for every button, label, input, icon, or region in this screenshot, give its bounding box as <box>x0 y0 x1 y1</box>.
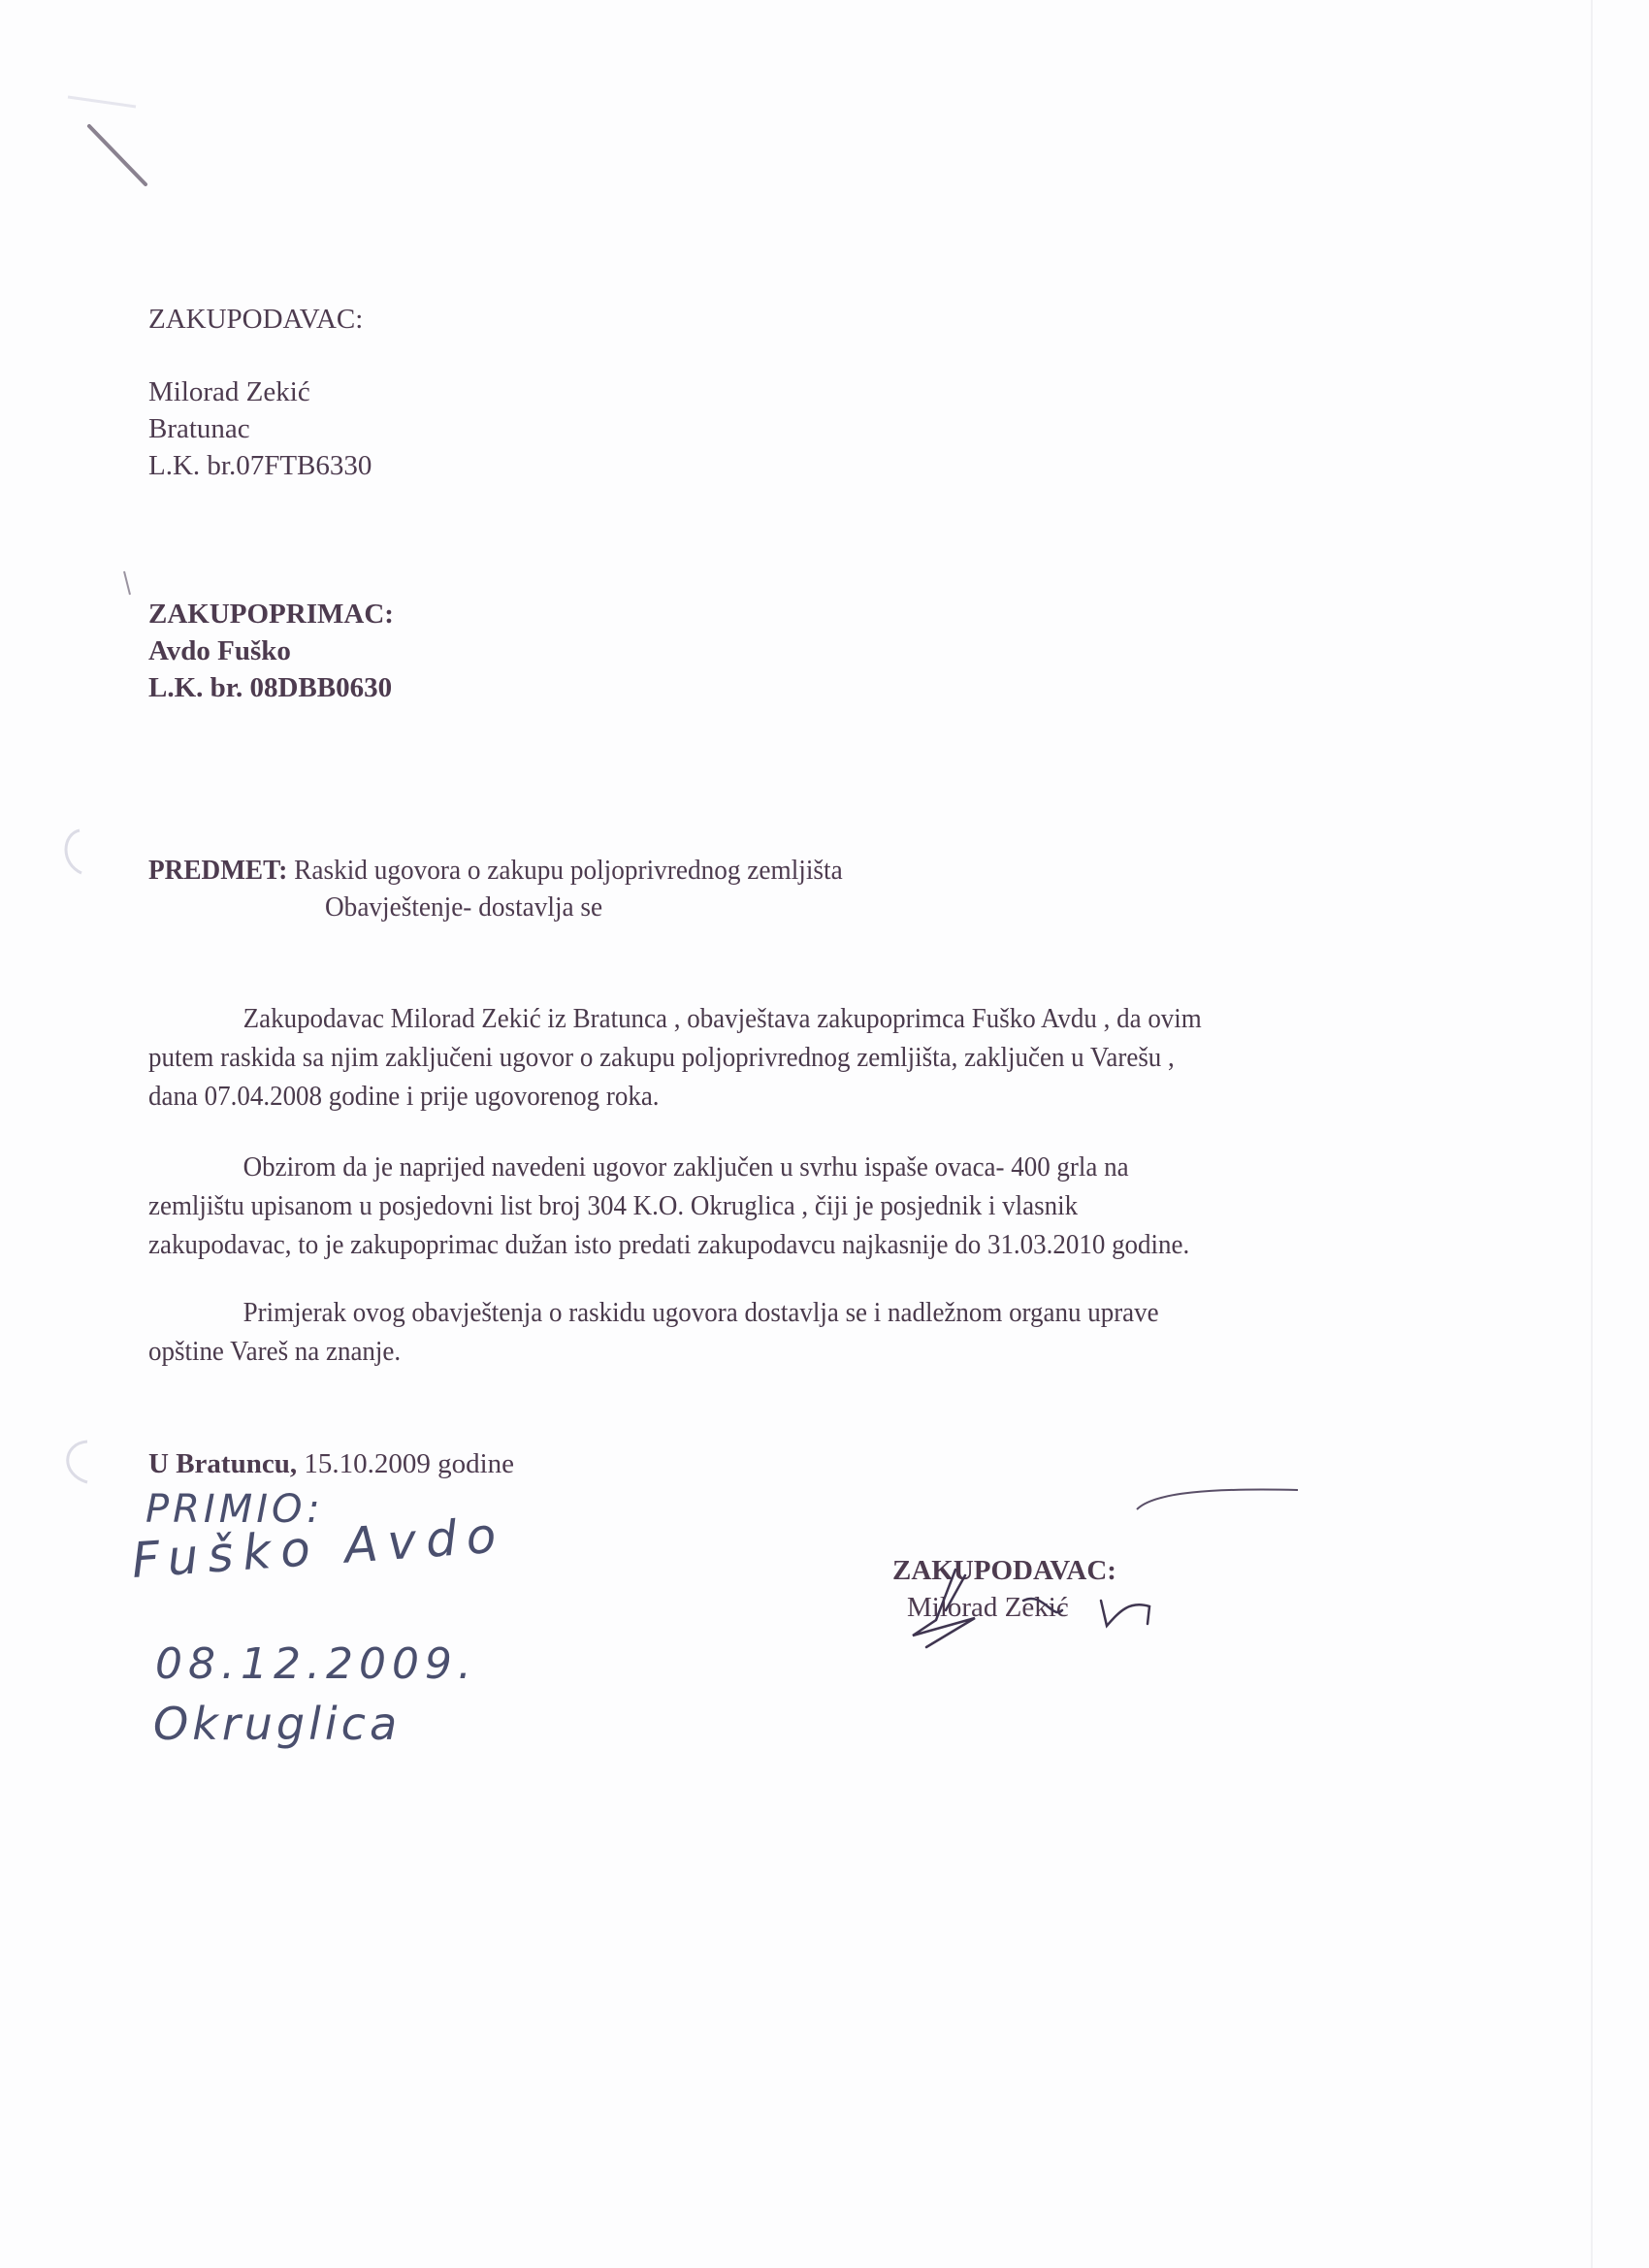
signature-stroke <box>1135 1484 1300 1513</box>
body-line: zakupodavac, to je zakupoprimac dužan is… <box>148 1225 1357 1264</box>
body-paragraph-3: Primjerak ovog obavještenja o raskidu ug… <box>148 1293 1357 1371</box>
place-date: U Bratuncu, 15.10.2009 godine <box>148 1445 514 1482</box>
scan-mark-top-left <box>78 107 194 204</box>
body-line: dana 07.04.2008 godine i prije ugovoreno… <box>148 1077 1357 1116</box>
punch-hole-mark <box>48 1436 107 1494</box>
punch-hole-mark <box>48 825 107 883</box>
subject-title: Raskid ugovora o zakupu poljoprivrednog … <box>294 855 843 886</box>
subject-label: PREDMET: <box>148 855 287 886</box>
body-paragraph-1: Zakupodavac Milorad Zekić iz Bratunca , … <box>148 999 1357 1116</box>
lessor-name: Milorad Zekić <box>148 373 310 410</box>
body-line: Zakupodavac Milorad Zekić iz Bratunca , … <box>243 1003 1202 1034</box>
handwritten-receipt-date: 08.12.2009. <box>155 1639 477 1689</box>
subject-subtitle: Obavještenje- dostavlja se <box>325 889 602 925</box>
lessee-name: Avdo Fuško <box>148 632 291 669</box>
body-line: Obzirom da je naprijed navedeni ugovor z… <box>243 1151 1129 1183</box>
body-line: opštine Vareš na znanje. <box>148 1332 1357 1371</box>
scan-edge-line <box>1591 0 1593 2268</box>
handwritten-signature <box>907 1562 1159 1649</box>
subject-line: PREDMET: Raskid ugovora o zakupu poljopr… <box>148 852 843 889</box>
lessor-heading: ZAKUPODAVAC: <box>148 301 363 338</box>
scanned-letter-page: ZAKUPODAVAC: Milorad Zekić Bratunac L.K.… <box>0 0 1649 2268</box>
lessee-id-card: L.K. br. 08DBB0630 <box>148 669 392 706</box>
body-line: zemljištu upisanom u posjedovni list bro… <box>148 1186 1357 1225</box>
lessor-city: Bratunac <box>148 410 250 447</box>
lessor-id-card: L.K. br.07FTB6330 <box>148 447 372 484</box>
place: U Bratuncu, <box>148 1448 297 1479</box>
lessee-heading: ZAKUPOPRIMAC: <box>148 596 394 632</box>
body-paragraph-2: Obzirom da je naprijed navedeni ugovor z… <box>148 1148 1357 1264</box>
date: 15.10.2009 godine <box>304 1448 514 1479</box>
body-line: putem raskida sa njim zaključeni ugovor … <box>148 1038 1357 1077</box>
scan-tick-mark <box>120 567 140 606</box>
body-line: Primjerak ovog obavještenja o raskidu ug… <box>243 1297 1159 1328</box>
handwritten-receipt-place: Okruglica <box>153 1698 401 1750</box>
